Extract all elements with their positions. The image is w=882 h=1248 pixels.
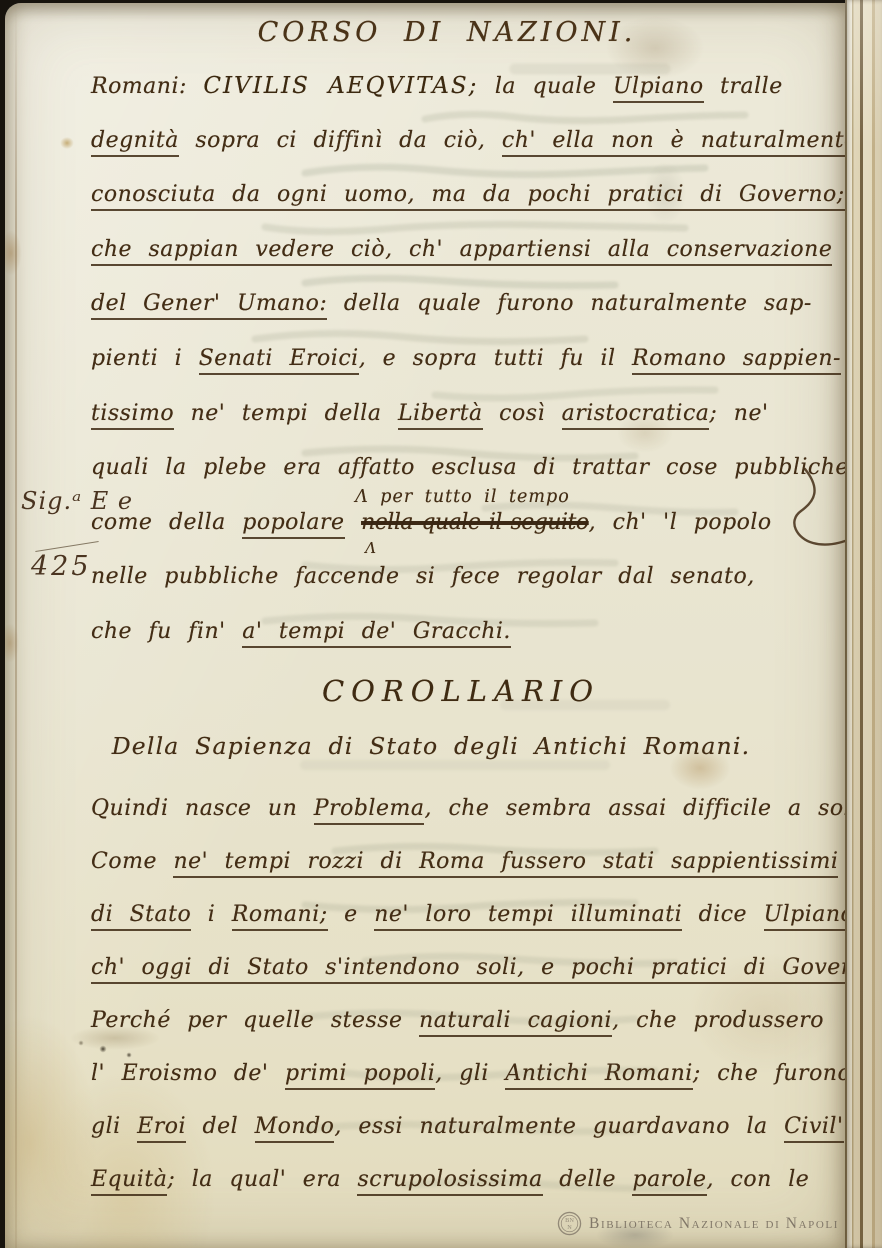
underlined-text: Problema — [314, 796, 425, 825]
manuscript-line: l' Eroismo de' primi popoli, gli Antichi… — [91, 1061, 803, 1114]
underlined-text: ne' loro tempi illuminati — [374, 902, 682, 931]
handwritten-text: la quale — [478, 74, 613, 99]
handwritten-text: , gli — [435, 1061, 505, 1086]
handwritten-text: del — [186, 1114, 255, 1139]
handwritten-text: pienti i — [91, 346, 199, 371]
handwritten-text: ; ne' — [709, 401, 768, 426]
handwritten-text: , che sembra assai difficile a solversi: — [424, 796, 882, 821]
manuscript-line: come della popolare nella quale il segui… — [91, 510, 803, 565]
handwritten-text: l' Eroismo de' — [91, 1061, 285, 1086]
paragraph-1: Romani: CIVILIS AEQVITAS; la quale Ulpia… — [91, 73, 803, 674]
handwritten-text: CIVILIS AEQVITAS; — [203, 73, 478, 99]
manuscript-line: che sappian vedere ciò, ch' appartiensi … — [91, 237, 803, 292]
underlined-text: di Stato — [91, 902, 191, 931]
scan-frame: CORSO DI NAZIONI. Romani: CIVILIS AEQVIT… — [0, 0, 882, 1248]
manuscript-line: Come ne' tempi rozzi di Roma fussero sta… — [91, 849, 803, 902]
handwritten-text: Quindi nasce un — [91, 796, 314, 821]
underlined-text: parole — [632, 1167, 706, 1196]
underlined-text: Equità — [91, 1167, 167, 1196]
section-subtitle: Della Sapienza di Stato degli Antichi Ro… — [75, 732, 787, 796]
handwritten-text: sopra ci diffinì da ciò, — [179, 128, 502, 153]
manuscript-line: Quindi nasce un Problema, che sembra ass… — [91, 796, 803, 849]
manuscript-line: Perché per quelle stesse naturali cagion… — [91, 1008, 803, 1061]
handwritten-text: nelle pubbliche faccende si fece regolar… — [91, 564, 755, 589]
manuscript-line: di Stato i Romani; e ne' loro tempi illu… — [91, 902, 803, 955]
underlined-text: ne' tempi rozzi di Roma fussero stati sa… — [173, 849, 838, 878]
page-edge-stack — [845, 0, 882, 1248]
struck-text: nella quale il seguitoΛ per tutto il tem… — [361, 510, 589, 535]
underlined-text: scrupolosissima — [357, 1167, 542, 1196]
handwritten-text: , essi naturalmente guardavano la — [334, 1114, 784, 1139]
underlined-text: Eroi — [137, 1114, 186, 1143]
handwritten-text: che fu fin' — [91, 619, 242, 644]
underlined-text: del Gener' Umano: — [91, 291, 327, 320]
manuscript-line: Romani: CIVILIS AEQVITAS; la quale Ulpia… — [91, 73, 803, 128]
handwritten-text: ne' tempi della — [174, 401, 398, 426]
section-heading: COROLLARIO — [105, 674, 817, 732]
handwritten-text: Come — [91, 849, 173, 874]
underlined-text: conosciuta da ogni uomo, ma da pochi — [91, 182, 607, 211]
margin-note-signature: Sig.ᵃ E e — [21, 487, 133, 515]
underlined-text: Antichi Romani — [505, 1061, 692, 1090]
margin-note-number: 425 — [31, 551, 92, 582]
binding-crease — [15, 3, 17, 1248]
handwritten-text: gli — [91, 1114, 137, 1139]
underlined-text: popolare — [242, 510, 344, 539]
underlined-text: Romani; — [232, 902, 328, 931]
handwritten-text: e — [328, 902, 375, 927]
underlined-text: pratici di Governo; — [607, 182, 844, 211]
underlined-text: Ulpiano — [764, 902, 855, 931]
manuscript-text-column: Romani: CIVILIS AEQVITAS; la quale Ulpia… — [91, 73, 803, 1220]
manuscript-line: gli Eroi del Mondo, essi naturalmente gu… — [91, 1114, 803, 1167]
caret-mark: Λ — [365, 539, 375, 557]
manuscript-line: pienti i Senati Eroici, e sopra tutti fu… — [91, 346, 803, 401]
handwritten-text: , e sopra tutti fu il — [359, 346, 632, 371]
underlined-text: primi popoli — [285, 1061, 435, 1090]
handwritten-text: , che produssero — [612, 1008, 824, 1033]
underlined-text: naturali cagioni — [419, 1008, 612, 1037]
manuscript-line: nelle pubbliche faccende si fece regolar… — [91, 564, 803, 619]
manuscript-line: tissimo ne' tempi della Libertà così ari… — [91, 401, 803, 456]
handwritten-text — [345, 510, 362, 535]
paragraph-2: Quindi nasce un Problema, che sembra ass… — [91, 796, 803, 1220]
underlined-text: ch' oggi di Stato s'intendono soli, e po… — [91, 955, 882, 984]
handwritten-text: Romani: — [91, 74, 203, 99]
underlined-text: Mondo — [255, 1114, 335, 1143]
handwritten-text: delle — [543, 1167, 633, 1192]
manuscript-line: ch' oggi di Stato s'intendono soli, e po… — [91, 955, 803, 1008]
manuscript-page: CORSO DI NAZIONI. Romani: CIVILIS AEQVIT… — [5, 3, 845, 1248]
handwritten-text: ; che furono — [693, 1061, 851, 1086]
manuscript-line: Equità; la qual' era scrupolosissima del… — [91, 1167, 803, 1220]
handwritten-text: i — [191, 902, 232, 927]
manuscript-line: del Gener' Umano: della quale furono nat… — [91, 291, 803, 346]
handwritten-text: dice — [682, 902, 763, 927]
underlined-text: Ulpiano — [613, 74, 704, 103]
interlinear-insertion: Λ per tutto il tempo — [355, 487, 570, 507]
page-title: CORSO DI NAZIONI. — [5, 17, 845, 48]
handwritten-text: così — [483, 401, 562, 426]
handwritten-text: ; la qual' era — [167, 1167, 357, 1192]
manuscript-line: conosciuta da ogni uomo, ma da pochi pra… — [91, 182, 803, 237]
underlined-text: Senati Eroici — [199, 346, 359, 375]
underlined-text: tissimo — [91, 401, 174, 430]
handwritten-text: , con le — [707, 1167, 810, 1192]
handwritten-text: tralle — [704, 74, 783, 99]
underlined-text: degnità — [91, 128, 179, 157]
underlined-text: che sappian vedere ciò, ch' appartiensi … — [91, 237, 832, 266]
underlined-text: Romano sappien- — [632, 346, 841, 375]
underlined-text: Libertà — [398, 401, 483, 430]
handwritten-text: quali la plebe era affatto esclusa di tr… — [91, 455, 857, 480]
handwritten-text: , ch' 'l popolo — [589, 510, 772, 535]
handwritten-text: Perché per quelle stesse — [91, 1008, 419, 1033]
svg-text:N: N — [567, 1224, 572, 1231]
manuscript-line: che fu fin' a' tempi de' Gracchi. — [91, 619, 803, 674]
underlined-text: Civil' — [784, 1114, 843, 1143]
underlined-text: ch' ella non è naturalmente — [502, 128, 858, 157]
underlined-text: aristocratica — [562, 401, 710, 430]
manuscript-line: degnità sopra ci diffinì da ciò, ch' ell… — [91, 128, 803, 183]
underlined-text: a' tempi de' Gracchi. — [242, 619, 511, 648]
handwritten-text: della quale furono naturalmente sap- — [327, 291, 811, 316]
